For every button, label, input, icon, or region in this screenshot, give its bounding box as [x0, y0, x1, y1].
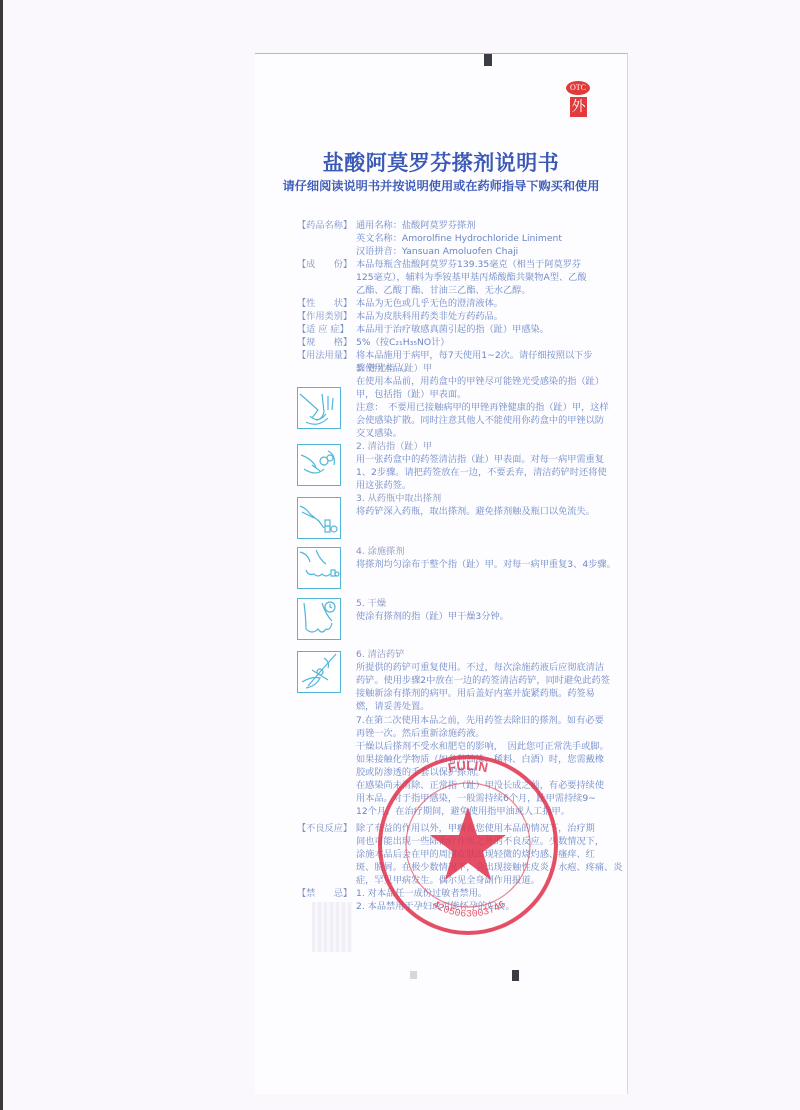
section-label: 【不良反应】 — [297, 822, 354, 835]
text-line: 如果接触化学物质（如各种油漆、稀料、白酒）时，您需戴橡 — [356, 753, 618, 766]
text-line: 再锉一次。然后重新涂施药液。 — [356, 727, 618, 740]
text-line: 间也可能出现一些除治疗作用之外的不良反应。少数情况下， — [356, 835, 621, 848]
text-line: 乙酯、乙酸丁酯、甘油三乙酯、无水乙醇。 — [356, 284, 621, 297]
step-6: 6. 清洁药铲所提供的药铲可重复使用。不过，每次涂施药液后应彻底清洁药铲。使用步… — [356, 648, 618, 713]
text-line: 本品用于治疗敏感真菌引起的指（趾）甲感染。 — [356, 323, 621, 336]
section-value: 除了有益的作用以外，甲癣在您使用本品的情况下，治疗期间也可能出现一些除治疗作用之… — [356, 822, 621, 887]
section-value: 通用名称：盐酸阿莫罗芬搽剂英文名称：Amorolfine Hydrochlori… — [356, 219, 621, 258]
section-value: 5%（按C₂₁H₃₅NO计） — [356, 336, 621, 349]
text-line: 所提供的药铲可重复使用。不过，每次涂施药液后应彻底清洁 — [356, 661, 618, 674]
text-line: 涂施本品后会在甲的周围皮肤出现轻微的烧灼感、瘙痒、红 — [356, 848, 621, 861]
faint-qr-code — [312, 902, 352, 952]
text-line: 5%（按C₂₁H₃₅NO计） — [356, 336, 621, 349]
section-label: 【用法用量】 — [297, 349, 354, 362]
text-line: 干燥以后搽剂不受水和肥皂的影响， 因此您可正常洗手或脚。 — [356, 740, 618, 753]
step-5: 5. 干燥使涂有搽剂的指（趾）甲干燥3分钟。 — [356, 597, 618, 623]
filing-toenail-icon — [297, 387, 341, 429]
text-line: 5. 干燥 — [356, 597, 618, 610]
text-line: 交叉感染。 — [356, 427, 618, 440]
text-line: 症，罕见甲病发生。偶尔见全身副作用报道。 — [356, 874, 621, 887]
text-line: 2. 本品禁用于孕妇或可能怀孕的妇女。 — [356, 900, 621, 913]
step-3: 3. 从药瓶中取出搽剂将药铲深入药瓶，取出搽剂。避免搽剂触及瓶口以免流失。 — [356, 492, 618, 518]
section-label: 【成 份】 — [297, 258, 354, 271]
document-subtitle: 请仔细阅读说明书并按说明使用或在药师指导下购买和使用 — [255, 177, 627, 194]
text-line: 本品为皮肤科用药类非处方药药品。 — [356, 310, 621, 323]
drying-clock-icon — [297, 598, 341, 640]
step-4: 4. 涂施搽剂将搽剂均匀涂布于整个指（趾）甲。对每一病甲重复3、4步骤。 — [356, 545, 618, 571]
usage-notes: 7.在第二次使用本品之前，先用药签去除旧的搽剂。如有必要再锉一次。然后重新涂施药… — [356, 714, 618, 818]
text-line: 4. 涂施搽剂 — [356, 545, 618, 558]
text-line: 3. 从药瓶中取出搽剂 — [356, 492, 618, 505]
text-line: 将药铲深入药瓶，取出搽剂。避免搽剂触及瓶口以免流失。 — [356, 505, 618, 518]
text-line: 在感染尚未清除、正常指（趾）甲没长成之前，有必要持续使 — [356, 779, 618, 792]
text-line: 2. 清洁指（趾）甲 — [356, 440, 618, 453]
registration-mark-bottom — [512, 970, 519, 981]
text-line: 7.在第二次使用本品之前，先用药签去除旧的搽剂。如有必要 — [356, 714, 618, 727]
step-1: 1. 锉光指（趾）甲在使用本品前，用药盒中的甲锉尽可能锉光受感染的指（趾）甲，包… — [356, 362, 618, 440]
text-line: 6. 清洁药铲 — [356, 648, 618, 661]
text-line: 125毫克），辅料为季铵基甲基丙烯酸酯共聚物A型、乙酸 — [356, 271, 621, 284]
text-line: 注意： 不要用已接触病甲的甲锉再锉健康的指（趾）甲，这样 — [356, 401, 618, 414]
text-line: 12个月。在治疗期间，避免使用指甲油或人工指甲。 — [356, 805, 618, 818]
text-line: 甲，包括指（趾）甲表面。 — [356, 388, 618, 401]
text-line: 本品每瓶含盐酸阿莫罗芬139.35毫克（相当于阿莫罗芬 — [356, 258, 621, 271]
section-label: 【药品名称】 — [297, 219, 354, 232]
text-line: 用一张药盒中的药签清洁指（趾）甲表面。对每一病甲需重复 — [356, 453, 618, 466]
text-line: 1. 锉光指（趾）甲 — [356, 362, 618, 375]
otc-badge: OTC — [566, 81, 590, 95]
text-line: 除了有益的作用以外，甲癣在您使用本品的情况下，治疗期 — [356, 822, 621, 835]
text-line: 将本品施用于病甲，每7天使用1~2次。请仔细按照以下步 — [356, 349, 621, 362]
scan-edge — [0, 0, 3, 1110]
text-line: 胶或防渗透的手套以保护搽剂。 — [356, 766, 618, 779]
section-label: 【作用类别】 — [297, 310, 354, 323]
section-value: 本品每瓶含盐酸阿莫罗芬139.35毫克（相当于阿莫罗芬125毫克），辅料为季铵基… — [356, 258, 621, 297]
text-line: 1. 对本品任一成份过敏者禁用。 — [356, 887, 621, 900]
text-line: 用这张药签。 — [356, 479, 618, 492]
applying-liniment-icon — [297, 547, 341, 589]
text-line: 会使感染扩散。同时注意其他人不能使用你药盒中的甲锉以防 — [356, 414, 618, 427]
section-value: 本品用于治疗敏感真菌引起的指（趾）甲感染。 — [356, 323, 621, 336]
text-line: 药铲。使用步骤2中放在一边的药签清洁药铲，同时避免此药签 — [356, 674, 618, 687]
section-label: 【适 应 症】 — [297, 323, 354, 336]
registration-mark-faint — [410, 971, 417, 979]
document-title: 盐酸阿莫罗芬搽剂说明书 — [255, 147, 627, 177]
section-value: 本品为无色或几乎无色的澄清液体。 — [356, 297, 621, 310]
text-line: 燃，请妥善处置。 — [356, 700, 618, 713]
text-line: 用本品。对于指甲感染，一般需持续6个月，趾甲需持续9~ — [356, 792, 618, 805]
text-line: 通用名称：盐酸阿莫罗芬搽剂 — [356, 219, 621, 232]
text-line: 英文名称：Amorolfine Hydrochloride Liniment — [356, 232, 621, 245]
registration-mark-top — [484, 54, 492, 66]
text-line: 本品为无色或几乎无色的澄清液体。 — [356, 297, 621, 310]
cleaning-spatula-icon — [297, 651, 341, 693]
section-value: 本品为皮肤科用药类非处方药药品。 — [356, 310, 621, 323]
section-value: 1. 对本品任一成份过敏者禁用。2. 本品禁用于孕妇或可能怀孕的妇女。 — [356, 887, 621, 913]
text-line: 将搽剂均匀涂布于整个指（趾）甲。对每一病甲重复3、4步骤。 — [356, 558, 618, 571]
text-line: 1、2步骤。请把药签放在一边，不要丢弃，清洁药铲时还将使 — [356, 466, 618, 479]
external-use-badge: 外 — [570, 97, 587, 117]
section-label: 【禁 忌】 — [297, 887, 354, 900]
section-label: 【规 格】 — [297, 336, 354, 349]
cleaning-nail-icon — [297, 444, 341, 486]
text-line: 斑、脱屑。在极少数情况下，会出现接触性皮炎、水疱、疼痛、炎 — [356, 861, 621, 874]
bottle-spatula-icon — [297, 497, 341, 539]
text-line: 使涂有搽剂的指（趾）甲干燥3分钟。 — [356, 610, 618, 623]
text-line: 接触新涂有搽剂的病甲。用后盖好内塞并旋紧药瓶。药签易 — [356, 687, 618, 700]
section-label: 【性 状】 — [297, 297, 354, 310]
text-line: 汉语拼音：Yansuan Amoluofen Chaji — [356, 245, 621, 258]
step-2: 2. 清洁指（趾）甲用一张药盒中的药签清洁指（趾）甲表面。对每一病甲需重复1、2… — [356, 440, 618, 492]
text-line: 在使用本品前，用药盒中的甲锉尽可能锉光受感染的指（趾） — [356, 375, 618, 388]
